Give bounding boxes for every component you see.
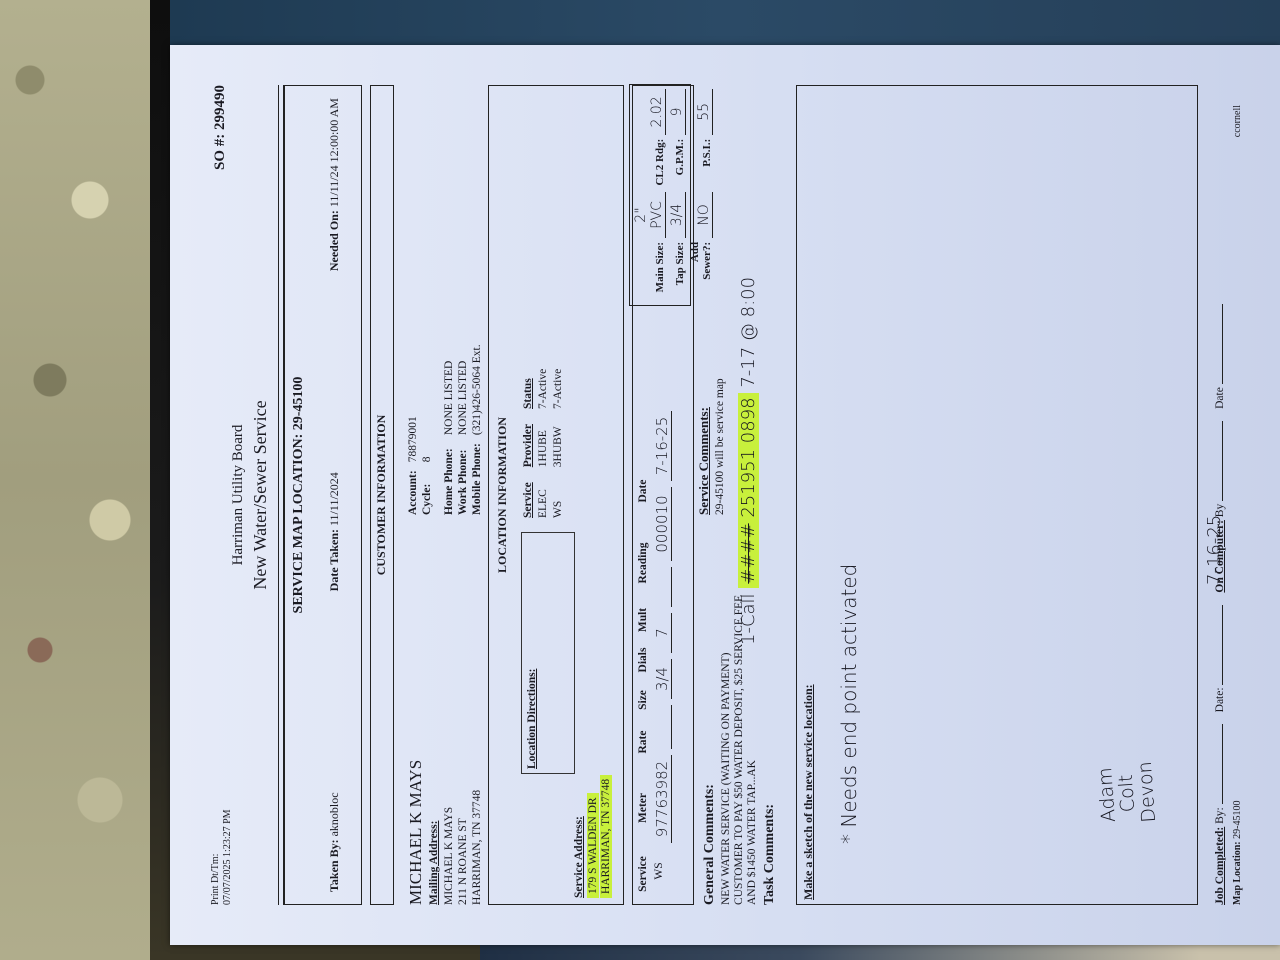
print-dt-label: Print Dt/Tm: xyxy=(210,809,222,905)
sketch-area: Make a sketch of the new service locatio… xyxy=(796,85,1198,905)
service-order-form: Print Dt/Tm: 07/07/2025 1:23:27 PM SO #:… xyxy=(170,45,1280,945)
customer-info-header: CUSTOMER INFORMATION xyxy=(370,85,394,905)
date2-label: Date xyxy=(1214,387,1226,409)
taken-by-label: Taken By: xyxy=(327,839,341,892)
background-cloth xyxy=(170,0,1280,45)
background-ground xyxy=(0,0,150,960)
completed-date: Date: xyxy=(1214,605,1226,713)
organization-name: Harriman Utility Board xyxy=(230,45,247,945)
meter-dials: 7 xyxy=(653,613,672,653)
call-number: 251951 0898 xyxy=(738,397,759,517)
call-prefix: 1-Call xyxy=(738,593,759,645)
service-map-value: 29-45100 xyxy=(291,377,306,431)
add-sewer-value: NO xyxy=(696,192,713,238)
main-size-label: Main Size: xyxy=(654,238,666,301)
meter-section: Service Meter Rate Size Dials Mult Readi… xyxy=(632,85,694,905)
meter-mult xyxy=(653,567,672,607)
location-info-title: LOCATION INFORMATION xyxy=(495,86,510,904)
gpm-label: G.P.M.: xyxy=(674,135,686,192)
service-comments-label: Service Comments: xyxy=(696,407,712,515)
account-value: 78879001 xyxy=(406,408,420,462)
on-computer-label: On Computer: xyxy=(1214,520,1226,593)
map-location-value: 29-45100 xyxy=(1232,801,1243,839)
mailing-line: 211 N ROANE ST xyxy=(456,790,470,905)
col-provider: Provider xyxy=(521,410,536,468)
table-row: WS 3HUBW 7-Active xyxy=(551,355,566,519)
map-location-label: Map Location: xyxy=(1232,841,1243,905)
task-comments-label: Task Comments: xyxy=(762,804,778,905)
on-computer: On Computer: By xyxy=(1214,421,1226,593)
add-sewer-label: Add Sewer?: xyxy=(689,238,713,301)
mailing-address-label: Mailing Address: xyxy=(428,821,440,905)
service-map-title: SERVICE MAP LOCATION: 29-45100 xyxy=(291,86,307,904)
account-label: Account: xyxy=(406,462,420,515)
mobile-phone-value: (321)426-5064 Ext. xyxy=(470,336,484,435)
cell: ELEC xyxy=(536,468,551,519)
so-number: SO #: 299490 xyxy=(212,85,229,170)
map-location: Map Location: 29-45100 xyxy=(1232,801,1243,905)
call-time: 7-17 @ 8:00 xyxy=(738,277,759,388)
completion-footer: Job Completed: By: Date: On Computer: By… xyxy=(1214,85,1226,905)
services-table: Service Provider Status ELEC 1HUBE 7-Act… xyxy=(521,355,566,519)
work-phone-label: Work Phone: xyxy=(456,435,470,515)
service-address-line1: 179 S WALDEN DR xyxy=(587,793,599,898)
col-service: Service xyxy=(521,468,536,519)
customer-name: MICHAEL K MAYS xyxy=(406,760,426,905)
service-address: 179 S WALDEN DR HARRIMAN, TN 37748 xyxy=(587,775,613,898)
on-computer-by-label: By xyxy=(1214,504,1226,517)
job-completed: Job Completed: By: xyxy=(1214,724,1226,905)
meter-size: 3/4 xyxy=(653,659,672,699)
struck-digits: #### xyxy=(738,523,759,583)
gpm-value: 9 xyxy=(669,89,686,135)
location-section: LOCATION INFORMATION Location Directions… xyxy=(488,85,624,905)
psi-label: P.S.I.: xyxy=(701,135,713,192)
date-label: Date: xyxy=(1214,687,1226,712)
taken-by: Taken By: aknobloc xyxy=(327,792,342,892)
meter-reading: 000010 xyxy=(653,487,672,561)
cl2-value: 2.02 xyxy=(649,89,666,135)
account-info: Account:78879001 Cycle:8 xyxy=(406,408,434,515)
customer-info-title: CUSTOMER INFORMATION xyxy=(374,86,389,904)
col-date: Date xyxy=(637,456,649,526)
handwritten-sketch-note: * Needs end point activated xyxy=(837,564,861,844)
document-photo: Print Dt/Tm: 07/07/2025 1:23:27 PM SO #:… xyxy=(170,45,1280,945)
service-address-line2: HARRIMAN, TN 37748 xyxy=(600,775,612,898)
cell: 7-Active xyxy=(536,355,551,410)
meter-date: 7-16-25 xyxy=(653,411,672,481)
service-address-label: Service Address: xyxy=(573,816,585,898)
so-value: 299490 xyxy=(212,85,228,130)
meter-service: WS xyxy=(653,849,672,893)
col-meter: Meter xyxy=(637,764,649,852)
home-phone-label: Home Phone: xyxy=(442,435,456,515)
main-size-row: Main Size: 2" PVC CL2 Rdg: 2.02 xyxy=(630,85,666,305)
location-directions-label: Location Directions: xyxy=(526,669,538,769)
meter-rate xyxy=(653,705,672,749)
mailing-line: MICHAEL K MAYS xyxy=(442,790,456,905)
col-dials: Dials xyxy=(637,640,649,680)
comment-line: NEW WATER SERVICE (WAITING ON PAYMENT) xyxy=(720,595,733,905)
location-directions-box: Location Directions: xyxy=(521,532,575,774)
tap-size-row: Tap Size: 3/4 G.P.M.: 9 xyxy=(666,85,686,305)
add-sewer-row: Add Sewer?: NO P.S.I.: 55 xyxy=(686,85,713,305)
col-mult: Mult xyxy=(637,600,649,640)
so-label: SO #: xyxy=(212,134,228,170)
cell: 1HUBE xyxy=(536,410,551,468)
table-row: ELEC 1HUBE 7-Active xyxy=(536,355,551,519)
form-title: New Water/Sewer Service xyxy=(250,45,271,945)
meter-number: 97763982 xyxy=(653,755,672,843)
mobile-phone-label: Mobile Phone: xyxy=(470,435,484,515)
needed-on: Needed On: 11/11/24 12:00:00 AM xyxy=(327,98,342,271)
cell: 7-Active xyxy=(551,355,566,410)
main-size-value: 2" PVC xyxy=(633,192,666,238)
col-service: Service xyxy=(637,852,649,896)
service-comments: 29-45100 will be service map xyxy=(714,378,726,515)
phone-info: Home Phone:NONE LISTED Work Phone:NONE L… xyxy=(442,336,484,515)
handwritten-crew-names: Adam Colt Devon xyxy=(1095,761,1159,826)
footer-meta: Map Location: 29-45100 ccornell xyxy=(1232,85,1243,905)
tap-details: Main Size: 2" PVC CL2 Rdg: 2.02 Tap Size… xyxy=(629,84,691,306)
cycle-value: 8 xyxy=(420,408,434,462)
col-status: Status xyxy=(521,355,536,410)
date-taken-label: Date Taken: xyxy=(327,529,341,591)
cycle-label: Cycle: xyxy=(420,462,434,515)
service-map-section: SERVICE MAP LOCATION: 29-45100 Taken By:… xyxy=(284,85,362,905)
crew-name: Devon xyxy=(1135,761,1159,823)
cell: WS xyxy=(551,468,566,519)
mailing-line: HARRIMAN, TN 37748 xyxy=(470,790,484,905)
on-computer-date: Date xyxy=(1214,304,1226,409)
work-phone-value: NONE LISTED xyxy=(456,336,470,435)
cell: 3HUBW xyxy=(551,410,566,468)
date-taken-value: 11/11/2024 xyxy=(327,472,341,526)
taken-by-value: aknobloc xyxy=(327,792,341,836)
order-meta-row: Taken By: aknobloc Date Taken: 11/11/202… xyxy=(327,98,342,892)
sketch-label: Make a sketch of the new service locatio… xyxy=(801,684,816,900)
service-map-label: SERVICE MAP LOCATION: xyxy=(291,434,306,614)
needed-on-label: Needed On: xyxy=(327,210,341,271)
by-label: By: xyxy=(1214,807,1226,824)
col-rate: Rate xyxy=(637,720,649,764)
tap-size-value: 3/4 xyxy=(669,192,686,238)
needed-on-value: 11/11/24 12:00:00 AM xyxy=(327,98,341,207)
col-size: Size xyxy=(637,680,649,720)
home-phone-value: NONE LISTED xyxy=(442,336,456,435)
general-comments-label: General Comments: xyxy=(702,784,718,905)
date-taken: Date Taken: 11/11/2024 xyxy=(327,472,342,591)
col-reading: Reading xyxy=(637,526,649,600)
mailing-address: MICHAEL K MAYS 211 N ROANE ST HARRIMAN, … xyxy=(442,790,484,905)
job-completed-label: Job Completed: xyxy=(1214,827,1226,905)
printed-user: ccornell xyxy=(1232,105,1243,137)
psi-value: 55 xyxy=(696,89,713,135)
cl2-label: CL2 Rdg: xyxy=(654,135,666,192)
tap-size-label: Tap Size: xyxy=(674,238,686,301)
handwritten-call-note: 1-Call #### 251951 0898 7-17 @ 8:00 xyxy=(738,277,759,645)
